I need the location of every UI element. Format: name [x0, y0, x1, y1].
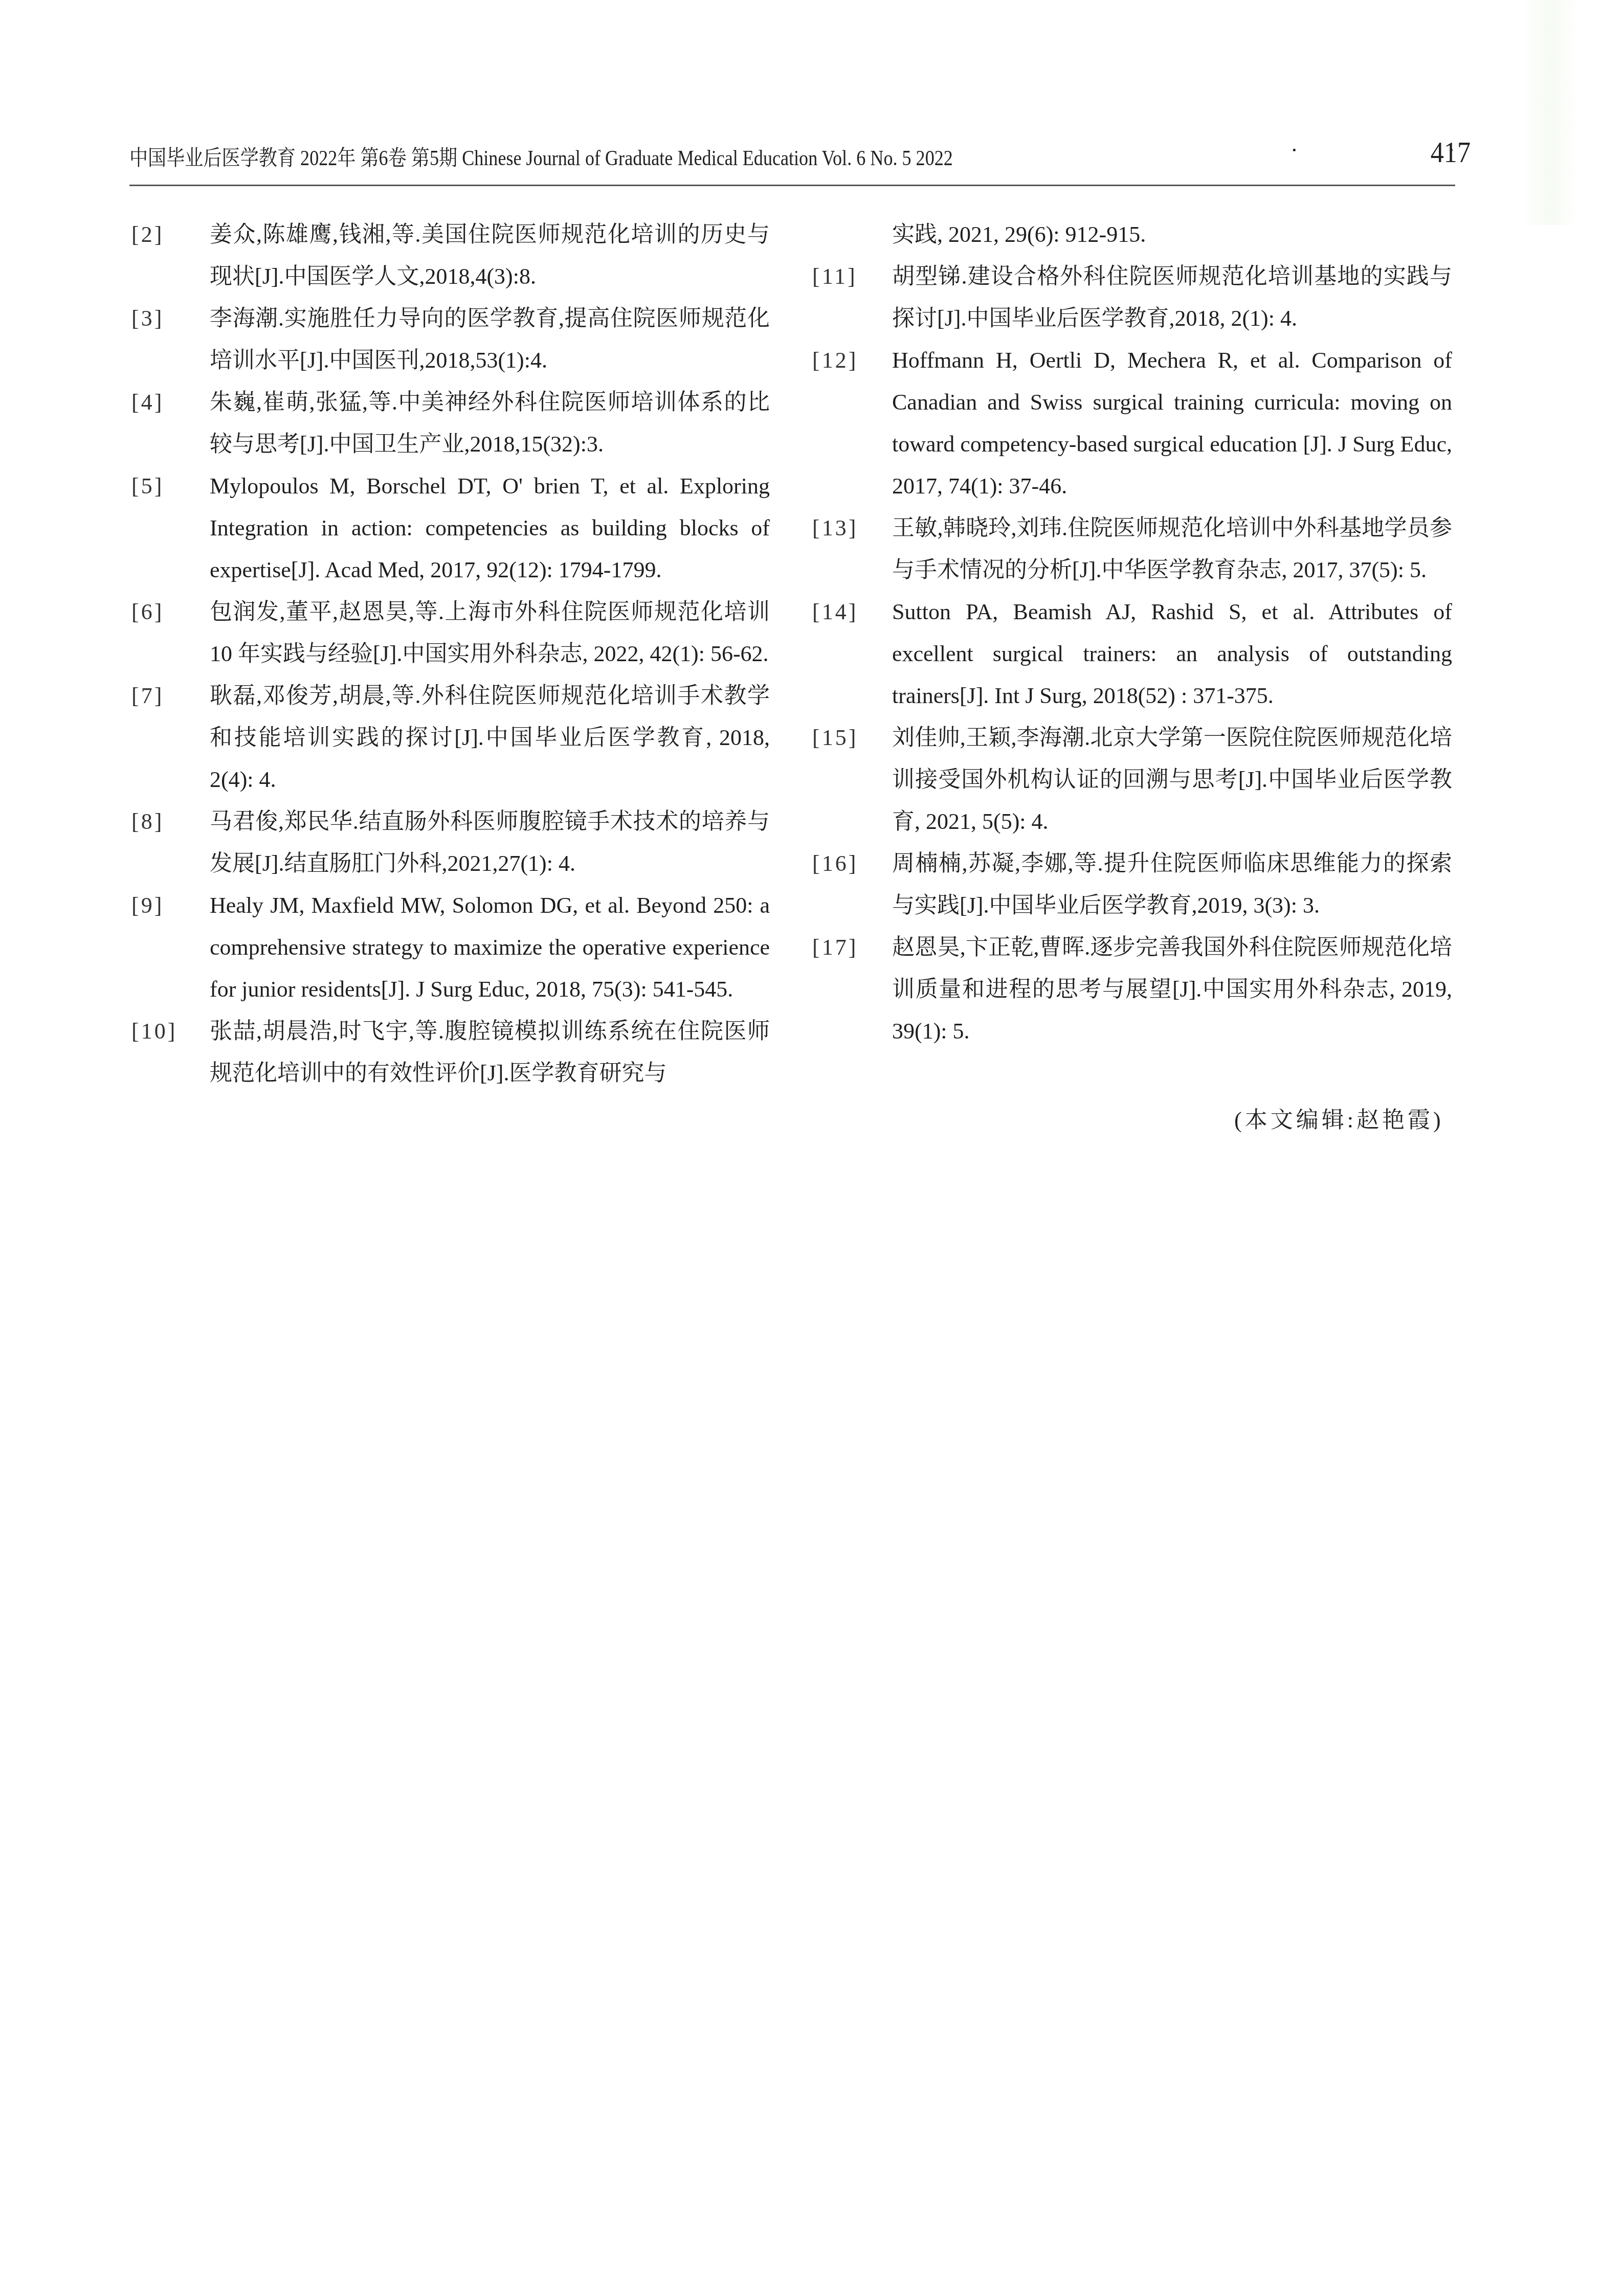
reference-item: [9] Healy JM, Maxfield MW, Solomon DG, e…	[131, 885, 776, 1010]
reference-text: 王敏,韩晓玲,刘玮.住院医师规范化培训中外科基地学员参与手术情况的分析[J].中…	[892, 507, 1452, 591]
scan-shading	[1522, 0, 1578, 225]
reference-number: [8]	[131, 801, 210, 885]
reference-text: 姜众,陈雄鹰,钱湘,等.美国住院医师规范化培训的历史与现状[J].中国医学人文,…	[210, 214, 770, 298]
reference-continuation: 实践, 2021, 29(6): 912-915.	[812, 214, 1457, 256]
references-left-column: [2] 姜众,陈雄鹰,钱湘,等.美国住院医师规范化培训的历史与现状[J].中国医…	[131, 214, 776, 1094]
reference-number: [5]	[131, 465, 210, 591]
reference-text: 胡型锑.建设合格外科住院医师规范化培训基地的实践与探讨[J].中国毕业后医学教育…	[892, 256, 1452, 340]
reference-number: [12]	[812, 340, 892, 507]
reference-text: 马君俊,郑民华.结直肠外科医师腹腔镜手术技术的培养与发展[J].结直肠肛门外科,…	[210, 801, 770, 885]
reference-item: [11] 胡型锑.建设合格外科住院医师规范化培训基地的实践与探讨[J].中国毕业…	[812, 256, 1457, 340]
reference-text: 朱巍,崔萌,张猛,等.中美神经外科住院医师培训体系的比较与思考[J].中国卫生产…	[210, 381, 770, 465]
reference-text: Healy JM, Maxfield MW, Solomon DG, et al…	[210, 885, 770, 1010]
reference-number: [13]	[812, 507, 892, 591]
reference-text: 包润发,董平,赵恩昊,等.上海市外科住院医师规范化培训 10 年实践与经验[J]…	[210, 591, 770, 675]
reference-item: [10] 张喆,胡晨浩,时飞宇,等.腹腔镜模拟训练系统在住院医师规范化培训中的有…	[131, 1010, 776, 1094]
reference-item: [12] Hoffmann H, Oertli D, Mechera R, et…	[812, 340, 1457, 507]
reference-item: [3] 李海潮.实施胜任力导向的医学教育,提高住院医师规范化培训水平[J].中国…	[131, 298, 776, 381]
reference-text: 耿磊,邓俊芳,胡晨,等.外科住院医师规范化培训手术教学和技能培训实践的探讨[J]…	[210, 675, 770, 801]
reference-item: [7] 耿磊,邓俊芳,胡晨,等.外科住院医师规范化培训手术教学和技能培训实践的探…	[131, 675, 776, 801]
reference-text: Sutton PA, Beamish AJ, Rashid S, et al. …	[892, 591, 1452, 717]
reference-number: [7]	[131, 675, 210, 801]
reference-text: 张喆,胡晨浩,时飞宇,等.腹腔镜模拟训练系统在住院医师规范化培训中的有效性评价[…	[210, 1010, 770, 1094]
reference-item: [17] 赵恩昊,卞正乾,曹晖.逐步完善我国外科住院医师规范化培训质量和进程的思…	[812, 927, 1457, 1052]
reference-item: [15] 刘佳帅,王颖,李海潮.北京大学第一医院住院医师规范化培训接受国外机构认…	[812, 717, 1457, 843]
reference-text: Mylopoulos M, Borschel DT, O' brien T, e…	[210, 465, 770, 591]
header-rule	[129, 185, 1455, 186]
reference-number: [11]	[812, 256, 892, 340]
reference-number: [15]	[812, 717, 892, 843]
reference-item: [13] 王敏,韩晓玲,刘玮.住院医师规范化培训中外科基地学员参与手术情况的分析…	[812, 507, 1457, 591]
editor-note: (本文编辑:赵艳霞)	[1234, 1099, 1444, 1141]
reference-text: 刘佳帅,王颖,李海潮.北京大学第一医院住院医师规范化培训接受国外机构认证的回溯与…	[892, 717, 1452, 843]
reference-text: 李海潮.实施胜任力导向的医学教育,提高住院医师规范化培训水平[J].中国医刊,2…	[210, 298, 770, 381]
reference-text: 赵恩昊,卞正乾,曹晖.逐步完善我国外科住院医师规范化培训质量和进程的思考与展望[…	[892, 927, 1452, 1052]
reference-item: [16] 周楠楠,苏凝,李娜,等.提升住院医师临床思维能力的探索与实践[J].中…	[812, 843, 1457, 927]
reference-number: [14]	[812, 591, 892, 717]
reference-item: [5] Mylopoulos M, Borschel DT, O' brien …	[131, 465, 776, 591]
reference-item: [14] Sutton PA, Beamish AJ, Rashid S, et…	[812, 591, 1457, 717]
reference-number: [2]	[131, 214, 210, 298]
journal-citation-line: 中国毕业后医学教育 2022年 第6卷 第5期 Chinese Journal …	[129, 141, 953, 172]
reference-number: [9]	[131, 885, 210, 1010]
reference-text: 实践, 2021, 29(6): 912-915.	[892, 214, 1455, 256]
reference-item: [6] 包润发,董平,赵恩昊,等.上海市外科住院医师规范化培训 10 年实践与经…	[131, 591, 776, 675]
running-header: 中国毕业后医学教育 2022年 第6卷 第5期 Chinese Journal …	[129, 137, 1455, 173]
reference-item: [4] 朱巍,崔萌,张猛,等.中美神经外科住院医师培训体系的比较与思考[J].中…	[131, 381, 776, 465]
reference-number: [17]	[812, 927, 892, 1052]
reference-item: [8] 马君俊,郑民华.结直肠外科医师腹腔镜手术技术的培养与发展[J].结直肠肛…	[131, 801, 776, 885]
page-number-dot-left: ·	[1291, 137, 1298, 163]
reference-number: [16]	[812, 843, 892, 927]
reference-text: 周楠楠,苏凝,李娜,等.提升住院医师临床思维能力的探索与实践[J].中国毕业后医…	[892, 843, 1452, 927]
reference-number: [4]	[131, 381, 210, 465]
reference-text: Hoffmann H, Oertli D, Mechera R, et al. …	[892, 340, 1452, 507]
references-right-column: 实践, 2021, 29(6): 912-915. [11] 胡型锑.建设合格外…	[812, 214, 1457, 1052]
reference-number: [10]	[131, 1010, 210, 1094]
reference-number: [6]	[131, 591, 210, 675]
page-number-dot-right: ·	[1448, 137, 1455, 163]
reference-item: [2] 姜众,陈雄鹰,钱湘,等.美国住院医师规范化培训的历史与现状[J].中国医…	[131, 214, 776, 298]
reference-number: [3]	[131, 298, 210, 381]
